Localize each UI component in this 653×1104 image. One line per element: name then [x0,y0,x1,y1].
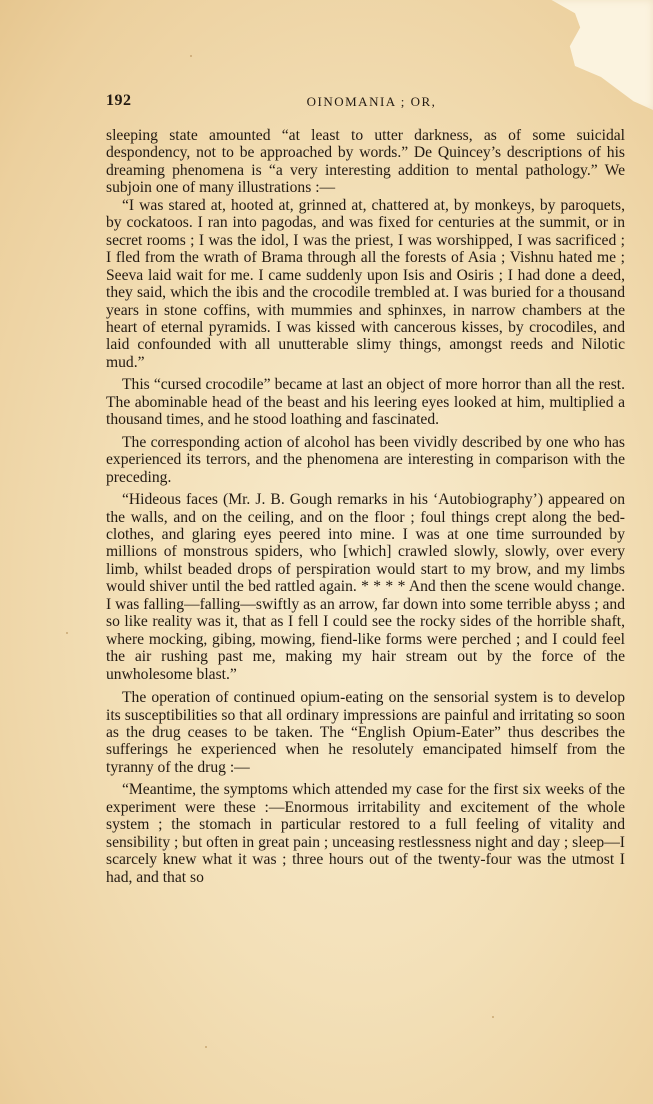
paragraph: The operation of continued opium-eating … [106,689,625,776]
block-quote-de-quincey: “I was stared at, hooted at, grinned at,… [106,197,625,372]
paper-speck [205,1046,207,1048]
block-quote-opium-eater: “Meantime, the symptoms which attended m… [106,781,625,886]
paper-speck [66,632,68,634]
book-page: 192 OINOMANIA ; OR, sleeping state amoun… [106,90,625,886]
body-text: sleeping state amounted “at least to utt… [106,127,625,886]
paper-speck [492,1016,494,1018]
paragraph: sleeping state amounted “at least to utt… [106,127,625,197]
running-title: OINOMANIA ; OR, [106,94,625,110]
block-quote-gough: “Hideous faces (Mr. J. B. Gough remarks … [106,491,625,683]
paragraph: This “cursed crocodile” became at last a… [106,376,625,428]
paragraph: The corresponding action of alcohol has … [106,434,625,486]
paper-speck [190,55,192,57]
running-head: 192 OINOMANIA ; OR, [106,90,625,114]
